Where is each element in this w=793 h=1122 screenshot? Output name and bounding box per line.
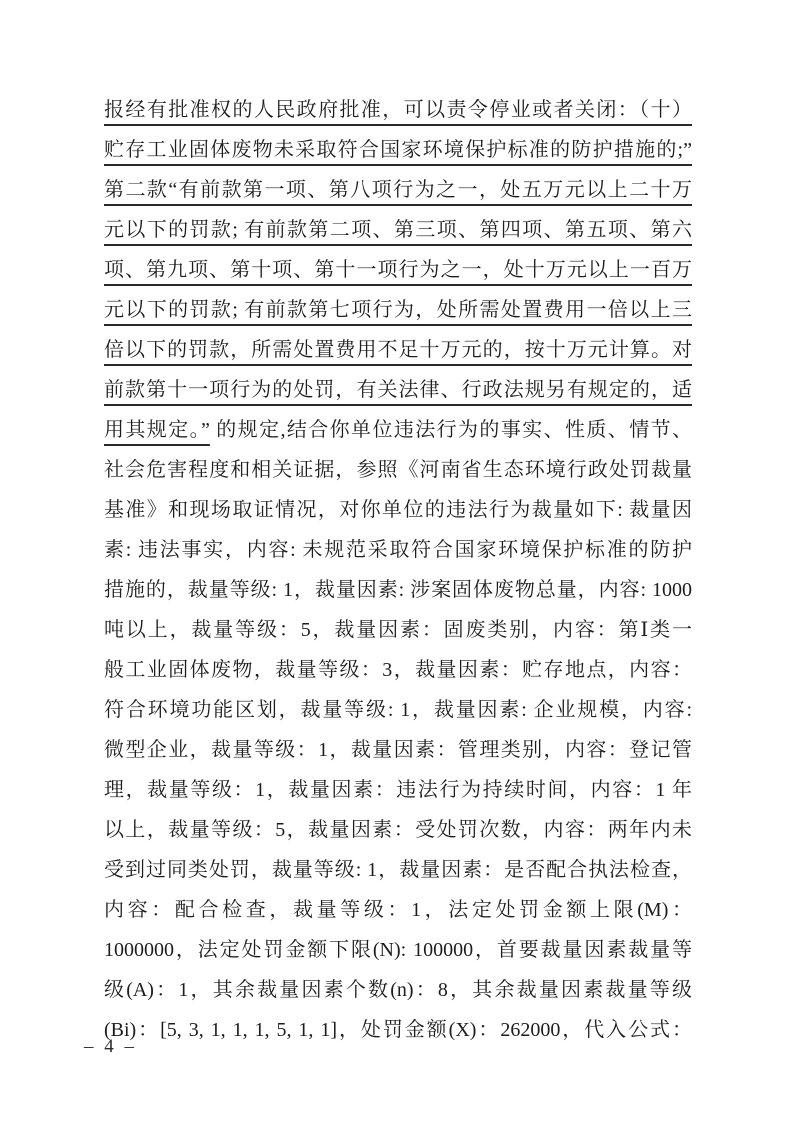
text-line: 元以下的罚款; 有前款第七项行为，处所需处置费用一倍以上三	[104, 290, 692, 330]
underlined-segment: 倍以下的罚款，所需处置费用不足十万元的，按十万元计算。对	[104, 339, 692, 361]
text-line: 级(A)：1，其余裁量因素个数(n)：8，其余裁量因素裁量等级	[104, 970, 692, 1010]
text-segment: 受到过同类处罚，裁量等级: 1，裁量因素：是否配合执法检查，	[104, 859, 692, 881]
page-number: – 4 –	[84, 1034, 137, 1060]
text-segment: 的规定,结合你单位违法行为的事实、性质、情节、	[210, 419, 692, 441]
underlined-segment: 元以下的罚款; 有前款第二项、第三项、第四项、第五项、第六	[104, 219, 692, 241]
text-line: 1000000，法定处罚金额下限(N): 100000，首要裁量因素裁量等	[104, 930, 692, 970]
text-segment: 级(A)：1，其余裁量因素个数(n)：8，其余裁量因素裁量等级	[104, 979, 692, 1001]
text-line: 理，裁量等级：1，裁量因素：违法行为持续时间，内容：1 年	[104, 770, 692, 810]
text-line: 社会危害程度和相关证据，参照《河南省生态环境行政处罚裁量	[104, 450, 692, 490]
document-body: 报经有批准权的人民政府批准，可以责令停业或者关闭：（十） 贮存工业固体废物未采取…	[104, 90, 692, 1050]
text-line: 第二款“有前款第一项、第八项行为之一，处五万元以上二十万	[104, 170, 692, 210]
underlined-segment: 元以下的罚款; 有前款第七项行为，处所需处置费用一倍以上三	[104, 299, 692, 321]
text-line: 项、第九项、第十项、第十一项行为之一，处十万元以上一百万	[104, 250, 692, 290]
text-line: 般工业固体废物，裁量等级：3，裁量因素：贮存地点，内容：	[104, 650, 692, 690]
text-segment: 基准》和现场取证情况，对你单位的违法行为裁量如下: 裁量因	[104, 499, 692, 521]
text-line: 内容：配合检查，裁量等级：1，法定处罚金额上限(M)：	[104, 890, 692, 930]
text-line: 前款第十一项行为的处罚，有关法律、行政法规另有规定的，适	[104, 370, 692, 410]
text-segment: 社会危害程度和相关证据，参照《河南省生态环境行政处罚裁量	[104, 459, 692, 481]
text-segment: 内容：配合检查，裁量等级：1，法定处罚金额上限(M)：	[104, 899, 692, 921]
underlined-segment: 报经有批准权的人民政府批准，可以责令停业或者关闭：（十）	[104, 99, 692, 121]
text-segment: 措施的，裁量等级: 1，裁量因素: 涉案固体废物总量，内容: 1000	[104, 579, 692, 601]
text-segment: 般工业固体废物，裁量等级：3，裁量因素：贮存地点，内容：	[104, 659, 692, 681]
text-line: 元以下的罚款; 有前款第二项、第三项、第四项、第五项、第六	[104, 210, 692, 250]
text-segment: 吨以上，裁量等级：5，裁量因素：固废类别，内容：第Ⅰ类一	[104, 619, 692, 641]
text-line: (Bi)：[5, 3, 1, 1, 1, 5, 1, 1]，处罚金额(X)：26…	[104, 1010, 692, 1050]
text-line: 措施的，裁量等级: 1，裁量因素: 涉案固体废物总量，内容: 1000	[104, 570, 692, 610]
text-line: 吨以上，裁量等级：5，裁量因素：固废类别，内容：第Ⅰ类一	[104, 610, 692, 650]
text-line: 微型企业，裁量等级：1，裁量因素：管理类别，内容：登记管	[104, 730, 692, 770]
underlined-segment: 项、第九项、第十项、第十一项行为之一，处十万元以上一百万	[104, 259, 692, 281]
text-segment: 符合环境功能区划，裁量等级: 1，裁量因素: 企业规模，内容:	[104, 699, 692, 721]
underlined-segment: 前款第十一项行为的处罚，有关法律、行政法规另有规定的，适	[104, 379, 692, 401]
underlined-segment: 第二款“有前款第一项、第八项行为之一，处五万元以上二十万	[104, 179, 692, 201]
text-line: 贮存工业固体废物未采取符合国家环境保护标准的防护措施的;”	[104, 130, 692, 170]
text-segment: 理，裁量等级：1，裁量因素：违法行为持续时间，内容：1 年	[104, 779, 692, 801]
text-segment: 1000000，法定处罚金额下限(N): 100000，首要裁量因素裁量等	[104, 939, 692, 961]
text-line: 报经有批准权的人民政府批准，可以责令停业或者关闭：（十）	[104, 90, 692, 130]
text-line: 用其规定。” 的规定,结合你单位违法行为的事实、性质、情节、	[104, 410, 692, 450]
text-line: 倍以下的罚款，所需处置费用不足十万元的，按十万元计算。对	[104, 330, 692, 370]
text-segment: 素: 违法事实，内容: 未规范采取符合国家环境保护标准的防护	[104, 539, 692, 561]
document-page: 报经有批准权的人民政府批准，可以责令停业或者关闭：（十） 贮存工业固体废物未采取…	[0, 0, 793, 1122]
text-line: 以上，裁量等级：5，裁量因素：受处罚次数，内容：两年内未	[104, 810, 692, 850]
text-segment: 微型企业，裁量等级：1，裁量因素：管理类别，内容：登记管	[104, 739, 692, 761]
text-segment: 以上，裁量等级：5，裁量因素：受处罚次数，内容：两年内未	[104, 819, 692, 841]
underlined-segment: 用其规定。”	[104, 419, 210, 441]
underlined-segment: 贮存工业固体废物未采取符合国家环境保护标准的防护措施的;”	[104, 139, 692, 161]
text-line: 素: 违法事实，内容: 未规范采取符合国家环境保护标准的防护	[104, 530, 692, 570]
text-line: 受到过同类处罚，裁量等级: 1，裁量因素：是否配合执法检查，	[104, 850, 692, 890]
text-segment: (Bi)：[5, 3, 1, 1, 1, 5, 1, 1]，处罚金额(X)：26…	[104, 1019, 692, 1041]
text-line: 基准》和现场取证情况，对你单位的违法行为裁量如下: 裁量因	[104, 490, 692, 530]
text-line: 符合环境功能区划，裁量等级: 1，裁量因素: 企业规模，内容:	[104, 690, 692, 730]
